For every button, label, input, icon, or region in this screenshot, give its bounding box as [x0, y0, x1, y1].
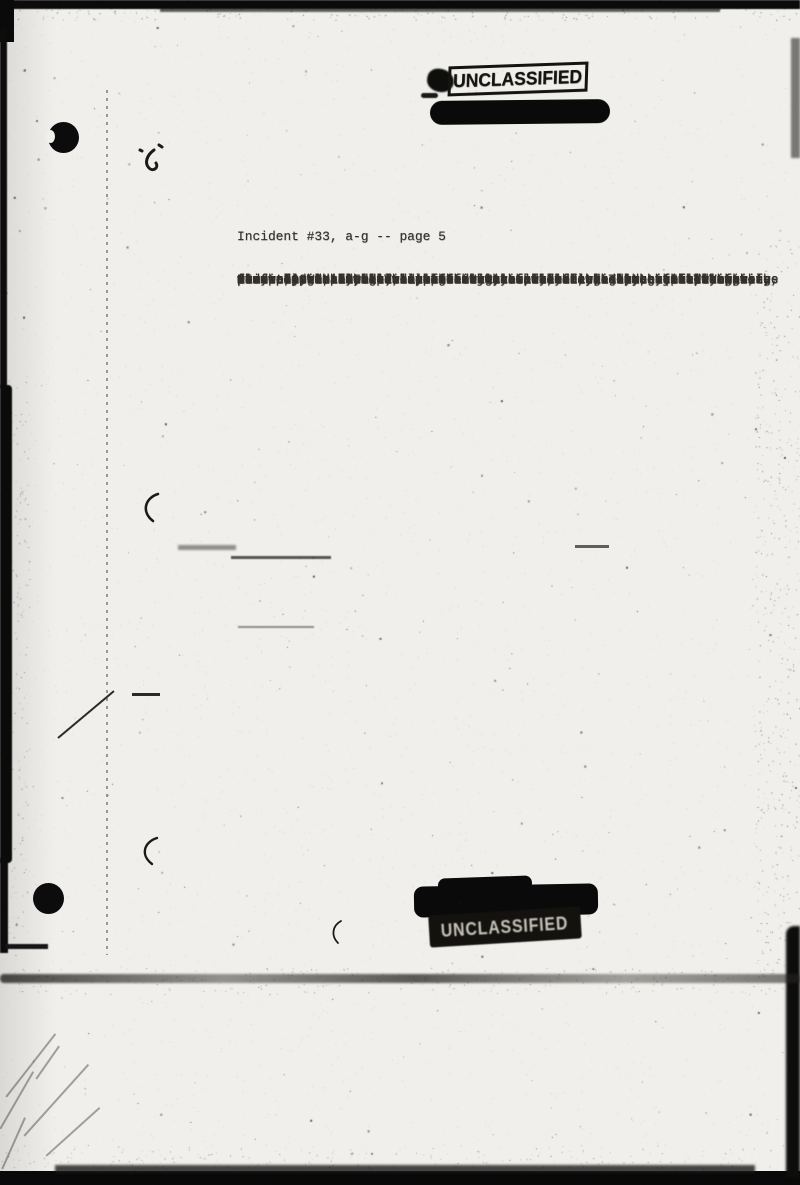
- paren-mark-bottom: [327, 919, 345, 945]
- scan-left-shadow: [0, 0, 55, 1185]
- unclassified-stamp-top-text: UNCLASSIFIED: [453, 66, 583, 92]
- ink-smudge: [178, 545, 236, 550]
- ink-smudge: [575, 545, 609, 548]
- scan-bottom-edge-smudge: [55, 1165, 755, 1173]
- page-bottom-edge-line: [0, 974, 800, 983]
- scan-right-edge: [791, 38, 800, 158]
- paren-mark-upper: [138, 491, 162, 525]
- scan-noise-overlay: [0, 0, 800, 1185]
- ink-smudge: [238, 626, 314, 628]
- ink-smudge: [231, 556, 331, 559]
- vertical-fold-line: [106, 90, 108, 955]
- handwritten-squiggle-mark: [134, 142, 170, 178]
- stamp-ink-smudge: [421, 93, 438, 98]
- scan-right-edge: [786, 926, 800, 1178]
- page-header-line: Incident #33, a-g -- page 5: [237, 227, 446, 247]
- scanned-document-page: UNCLASSIFIED Incident #33, a-g -- page 5…: [0, 0, 800, 1185]
- pencil-dash: [132, 693, 160, 696]
- scan-top-edge-smudge: [160, 8, 720, 12]
- unclassified-stamp-bottom-text: UNCLASSIFIED: [441, 913, 570, 942]
- paren-mark-lower: [136, 835, 162, 867]
- hole-punch-notch: [46, 130, 55, 143]
- hole-punch-bottom: [33, 883, 64, 914]
- scan-bottom-edge: [0, 1171, 800, 1185]
- unclassified-stamp-top: UNCLASSIFIED: [448, 62, 589, 97]
- typewritten-line: Lieutenant Mantell's death he was actual…: [237, 266, 755, 294]
- redaction-bar-top: [430, 99, 610, 125]
